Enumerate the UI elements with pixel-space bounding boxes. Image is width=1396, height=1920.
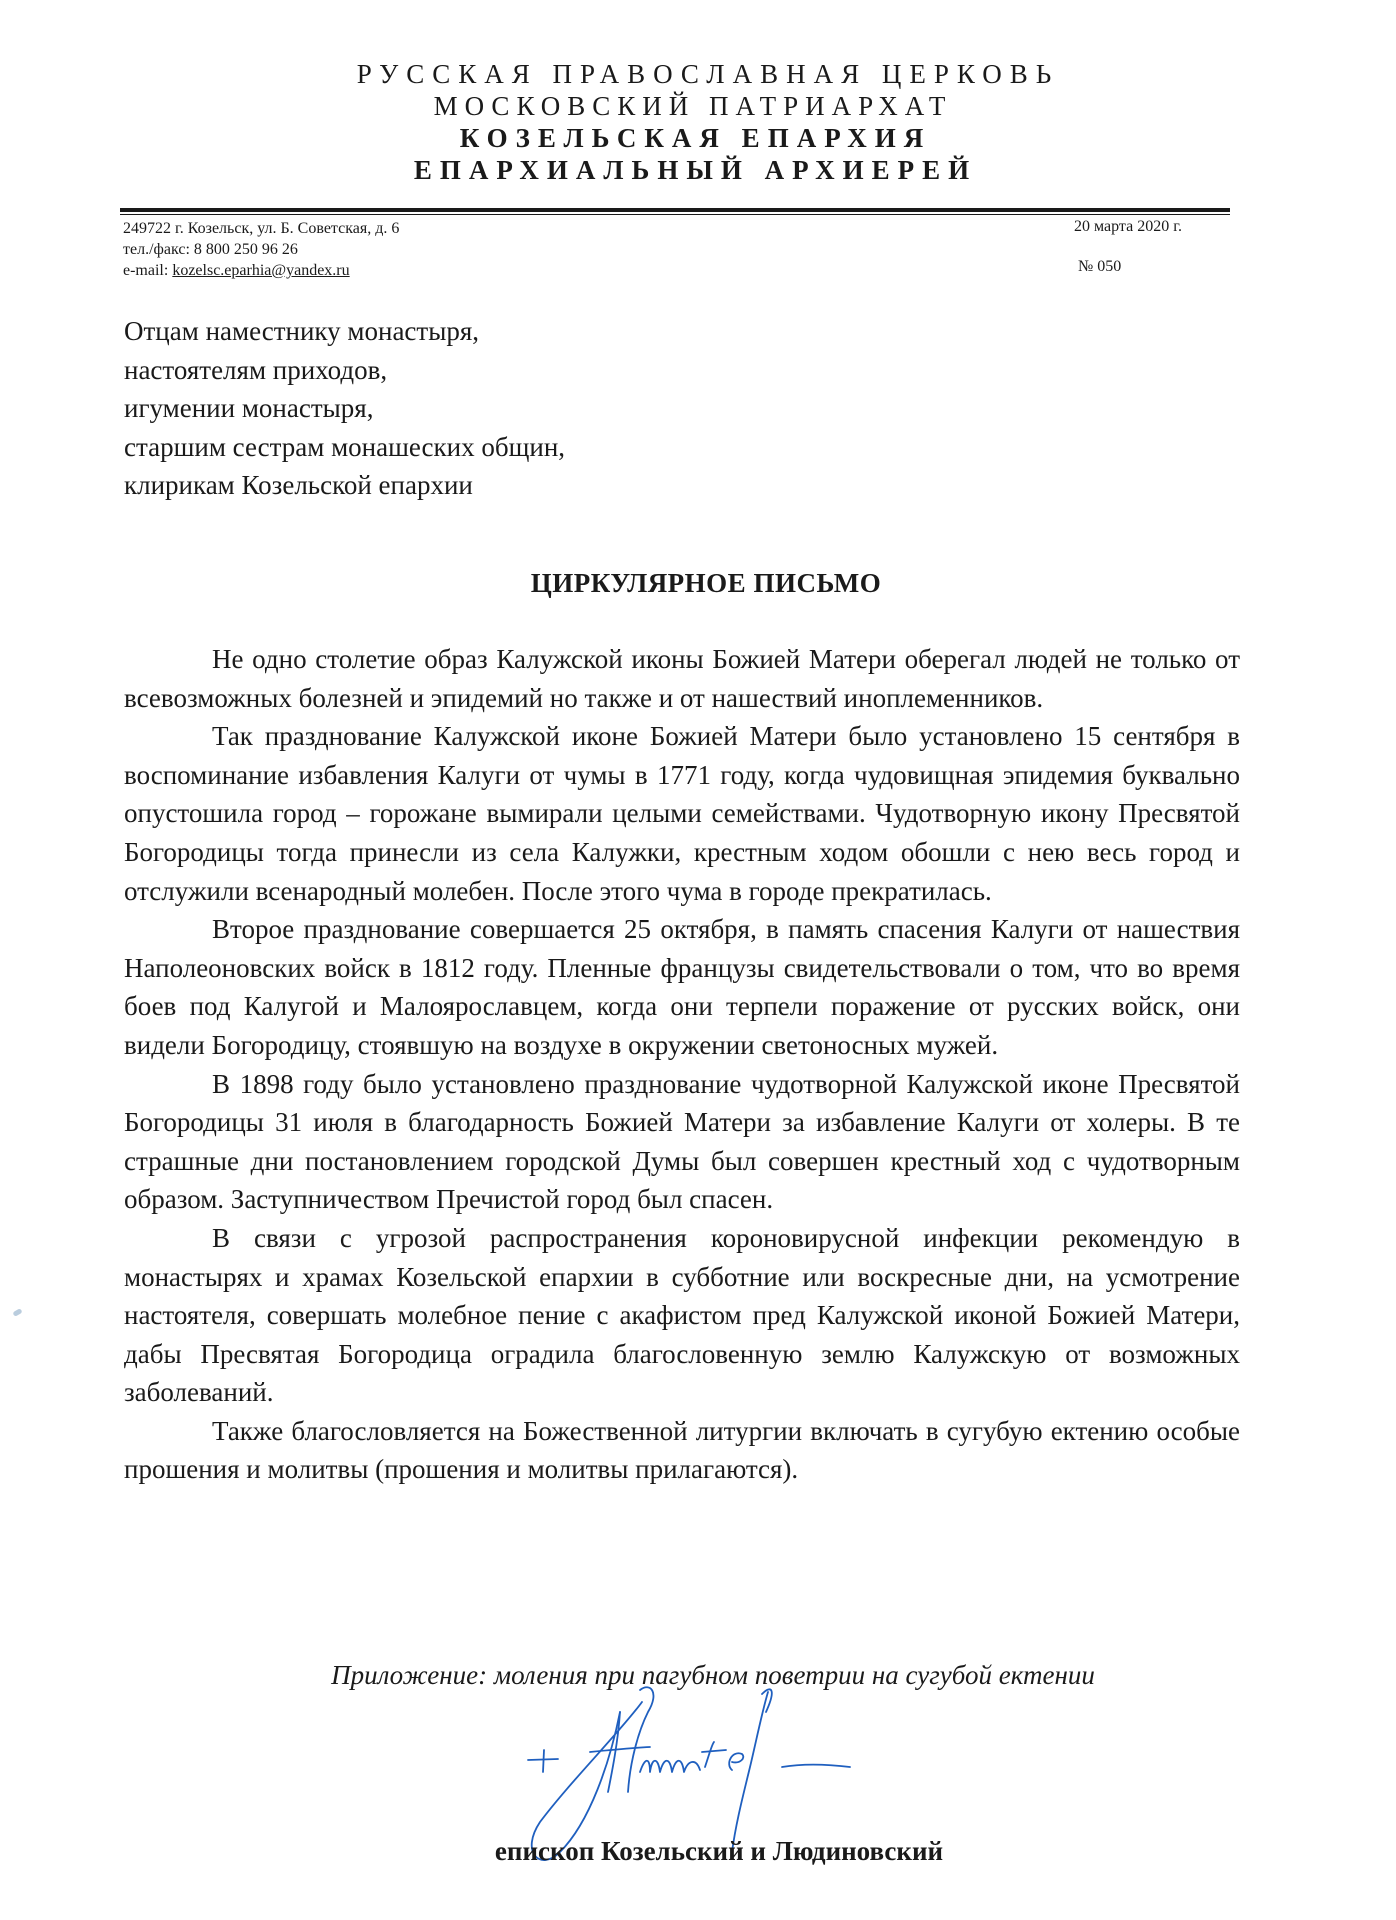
patriarchate-name: МОСКОВСКИЙ ПАТРИАРХАТ (0, 90, 1396, 122)
email-row: e-mail: kozelsc.eparhia@yandex.ru (123, 260, 399, 281)
letterhead-divider (120, 208, 1230, 215)
letterhead: РУССКАЯ ПРАВОСЛАВНАЯ ЦЕРКОВЬ МОСКОВСКИЙ … (0, 58, 1396, 186)
email-link[interactable]: kozelsc.eparhia@yandex.ru (172, 262, 349, 279)
postal-address: 249722 г. Козельск, ул. Б. Советская, д.… (123, 218, 399, 239)
letter-body: Не одно столетие образ Калужской иконы Б… (124, 640, 1240, 1489)
phone-fax: тел./факс: 8 800 250 96 26 (123, 239, 399, 260)
signatory-title: епископ Козельский и Людиновский (0, 1836, 1396, 1867)
addressee-line: Отцам наместнику монастыря, (124, 312, 565, 351)
addressee-block: Отцам наместнику монастыря, настоятелям … (124, 312, 565, 505)
paragraph: В 1898 году было установлено праздновани… (124, 1065, 1240, 1219)
addressee-line: старшим сестрам монашеских общин, (124, 428, 565, 467)
diocese-name: КОЗЕЛЬСКАЯ ЕПАРХИЯ (0, 122, 1396, 154)
church-name: РУССКАЯ ПРАВОСЛАВНАЯ ЦЕРКОВЬ (20, 58, 1396, 90)
paragraph: В связи с угрозой распространения короно… (124, 1219, 1240, 1412)
paragraph: Так празднование Калужской иконе Божией … (124, 717, 1240, 910)
paragraph: Не одно столетие образ Калужской иконы Б… (124, 640, 1240, 717)
addressee-line: игумении монастыря, (124, 389, 565, 428)
document-date: 20 марта 2020 г. (1074, 218, 1182, 236)
paragraph: Второе празднование совершается 25 октяб… (124, 910, 1240, 1064)
email-label: e-mail: (123, 262, 172, 279)
scan-artifact (12, 1308, 22, 1317)
document-number: № 050 (1078, 258, 1182, 276)
paragraph: Также благословляется на Божественной ли… (124, 1412, 1240, 1489)
contact-block: 249722 г. Козельск, ул. Б. Советская, д.… (123, 218, 399, 281)
document-meta: 20 марта 2020 г. № 050 (1074, 218, 1182, 276)
office-name: ЕПАРХИАЛЬНЫЙ АРХИЕРЕЙ (0, 154, 1396, 186)
document-title: ЦИРКУЛЯРНОЕ ПИСЬМО (0, 568, 1396, 599)
addressee-line: клирикам Козельской епархии (124, 466, 565, 505)
addressee-line: настоятелям приходов, (124, 351, 565, 390)
